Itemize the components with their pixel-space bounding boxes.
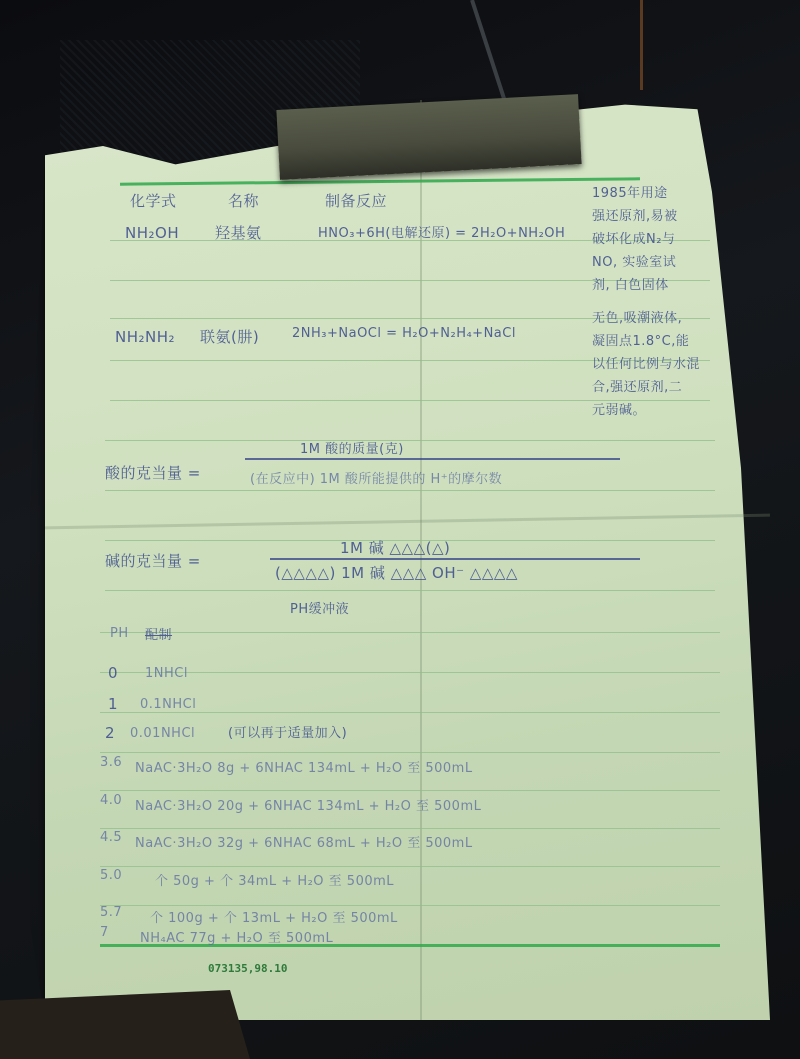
buffer-ph: 1 xyxy=(108,695,118,713)
rule-line xyxy=(105,590,715,591)
rule-line xyxy=(100,672,720,673)
buffer-ph: 2 xyxy=(105,724,115,742)
side-note: 凝固点1.8°C,能 xyxy=(592,330,742,353)
buffer-recipe: NaAC·3H₂O 20g + 6NHAC 134mL + H₂O 至 500m… xyxy=(135,795,481,814)
base-formula-numerator: 1M 碱 △△△(△) xyxy=(340,537,450,558)
base-formula-lhs: 碱的克当量 = xyxy=(105,550,201,571)
buffer-header-struck: 配制 xyxy=(145,624,172,643)
buffer-ph: 4.0 xyxy=(100,793,122,808)
base-formula-denominator: (△△△△) 1M 碱 △△△ OH⁻ △△△△ xyxy=(275,562,518,583)
row1-formula: NH₂OH xyxy=(125,224,179,242)
rule-line xyxy=(100,712,720,713)
side-note: 无色,吸潮液体, xyxy=(592,307,742,330)
side-note: 强还原剂,易被 xyxy=(592,205,742,228)
side-note: 剂, 白色固体 xyxy=(592,274,742,297)
buffer-recipe: NH₄AC 77g + H₂O 至 500mL xyxy=(140,927,333,946)
rule-line xyxy=(100,790,720,791)
rule-line xyxy=(105,440,715,441)
dark-object xyxy=(0,990,250,1059)
buffer-ph: 3.6 xyxy=(100,755,122,770)
buffer-recipe: 1NHCl xyxy=(145,666,188,681)
side-note: NO, 实验室试 xyxy=(592,251,742,274)
buffer-recipe: 个 100g + 个 13mL + H₂O 至 500mL xyxy=(150,907,398,926)
background-cable xyxy=(640,0,643,90)
buffer-ph: 4.5 xyxy=(100,830,122,845)
buffer-ph: 5.7 xyxy=(100,905,122,920)
base-fraction-bar xyxy=(270,558,640,560)
side-note: 1985年用途 xyxy=(592,182,742,205)
row2-name: 联氨(肼) xyxy=(200,326,259,347)
side-notes: 1985年用途 强还原剂,易被 破坏化成N₂与 NO, 实验室试 剂, 白色固体… xyxy=(592,182,742,422)
rule-line xyxy=(100,905,720,906)
side-note: 以任何比例与水混 xyxy=(592,353,742,376)
acid-fraction-bar xyxy=(245,458,620,460)
rule-line xyxy=(100,866,720,867)
buffer-recipe: 个 50g + 个 34mL + H₂O 至 500mL xyxy=(155,870,394,889)
header-formula: 化学式 xyxy=(130,190,177,211)
acid-formula-lhs: 酸的克当量 = xyxy=(105,462,201,483)
rule-line xyxy=(100,752,720,753)
buffer-title: PH缓冲液 xyxy=(290,598,349,617)
buffer-ph: 5.0 xyxy=(100,868,122,883)
side-note: 破坏化成N₂与 xyxy=(592,228,742,251)
side-note: 元弱碱。 xyxy=(592,399,742,422)
rule-line xyxy=(105,490,715,491)
header-reaction: 制备反应 xyxy=(325,190,387,211)
row1-name: 羟基氨 xyxy=(215,222,262,243)
background-rod xyxy=(470,0,508,105)
buffer-ph: 7 xyxy=(100,925,109,940)
row2-formula: NH₂NH₂ xyxy=(115,328,175,346)
acid-formula-denominator: (在反应中) 1M 酸所能提供的 H⁺的摩尔数 xyxy=(250,468,502,487)
row1-reaction: HNO₃+6H(电解还原) = 2H₂O+NH₂OH xyxy=(318,222,565,241)
buffer-header-ph: PH xyxy=(110,626,129,641)
row2-reaction: 2NH₃+NaOCl = H₂O+N₂H₄+NaCl xyxy=(292,326,516,341)
buffer-recipe: 0.1NHCl xyxy=(140,697,196,712)
buffer-recipe: NaAC·3H₂O 32g + 6NHAC 68mL + H₂O 至 500mL xyxy=(135,832,473,851)
paper-stamp: 073135,98.10 xyxy=(208,962,287,975)
buffer-annotation: (可以再于适量加入) xyxy=(228,722,347,741)
side-note: 合,强还原剂,二 xyxy=(592,376,742,399)
rule-line xyxy=(100,632,720,633)
header-name: 名称 xyxy=(228,190,259,211)
buffer-ph: 0 xyxy=(108,664,118,682)
buffer-recipe: NaAC·3H₂O 8g + 6NHAC 134mL + H₂O 至 500mL xyxy=(135,757,473,776)
rule-line xyxy=(100,828,720,829)
buffer-recipe: 0.01NHCl xyxy=(130,726,195,741)
acid-formula-numerator: 1M 酸的质量(克) xyxy=(300,438,404,457)
